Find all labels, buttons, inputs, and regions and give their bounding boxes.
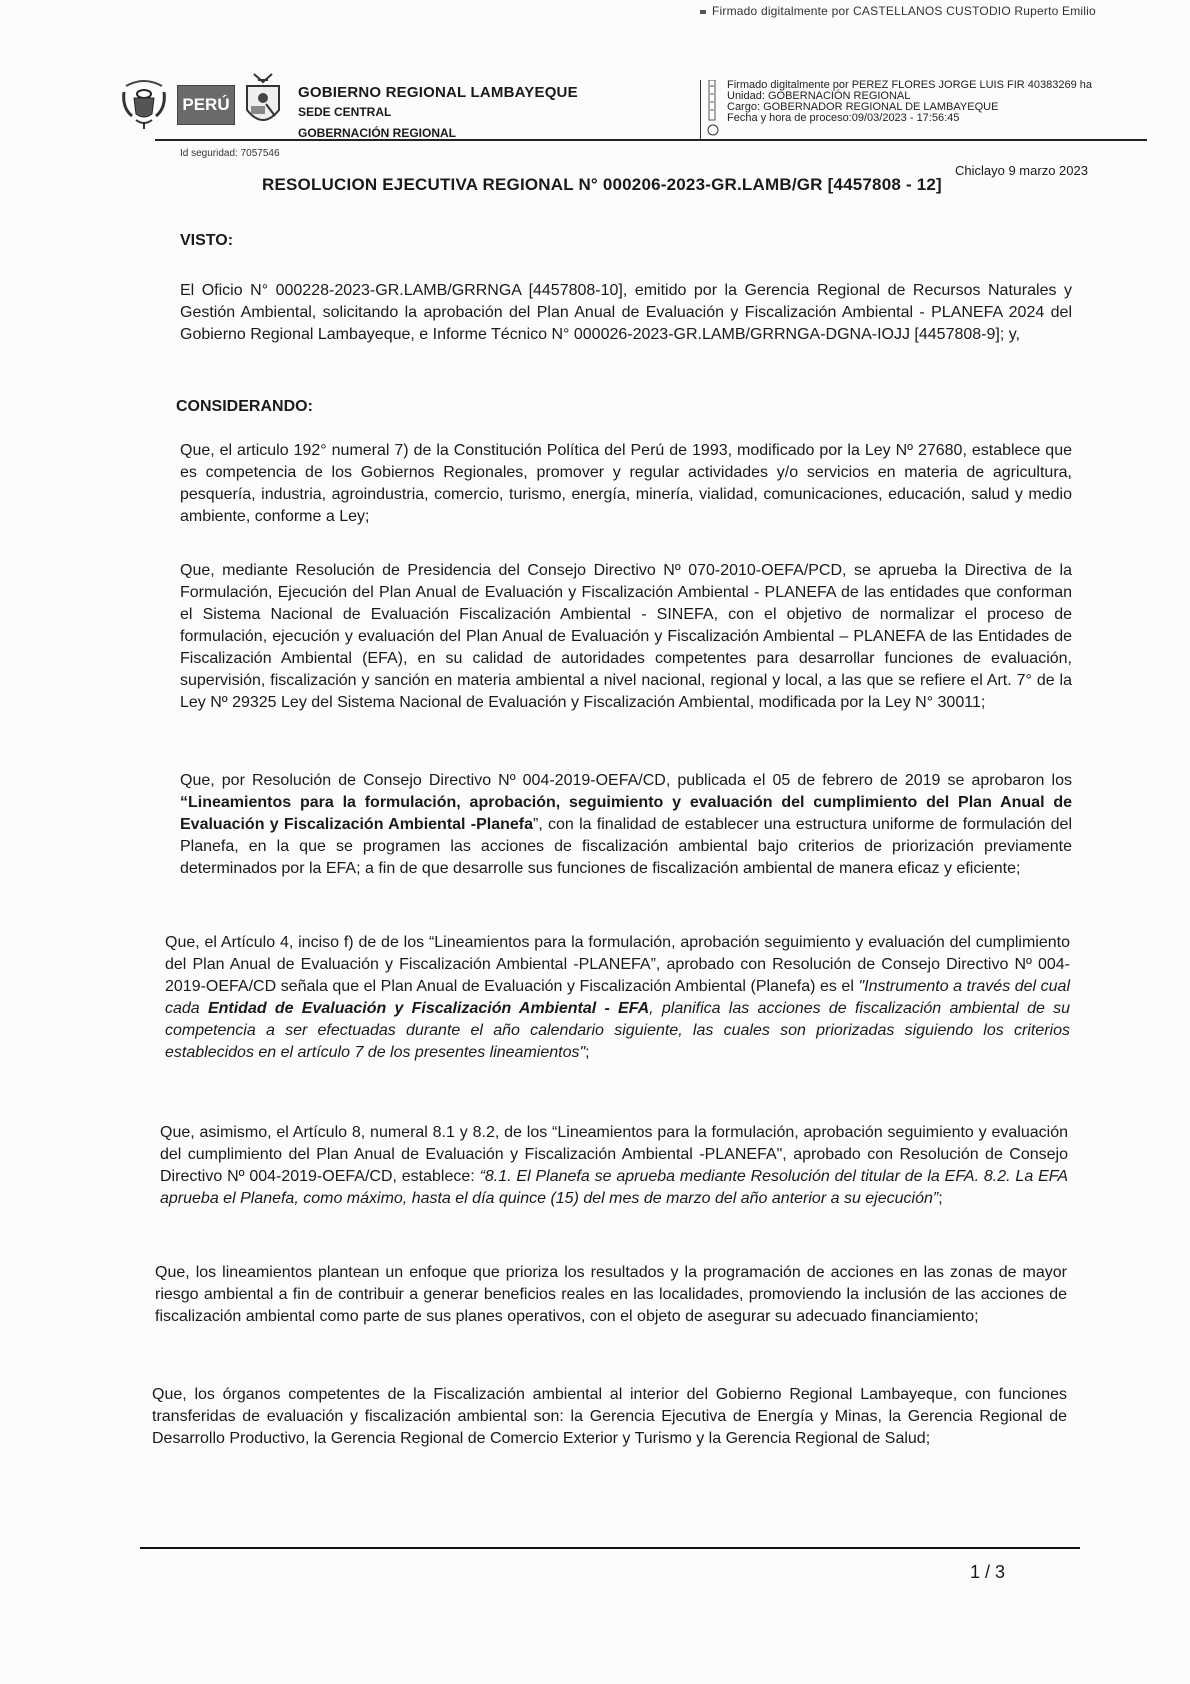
organization-name-block: GOBIERNO REGIONAL LAMBAYEQUE SEDE CENTRA… [298, 84, 578, 140]
signature-datetime: Fecha y hora de proceso:09/03/2023 - 17:… [727, 113, 1092, 124]
resolution-title: RESOLUCION EJECUTIVA REGIONAL N° 000206-… [262, 175, 942, 195]
considerando-paragraph-2: Que, mediante Resolución de Presidencia … [180, 560, 1072, 714]
considerando-heading: CONSIDERANDO: [176, 398, 313, 416]
considerando-paragraph-4: Que, el Artículo 4, inciso f) de de los … [165, 932, 1070, 1064]
visto-heading: VISTO: [180, 232, 233, 250]
org-subtitle: SEDE CENTRAL [298, 105, 578, 119]
security-id: Id seguridad: 7057546 [180, 148, 280, 159]
digital-signature-stamp-icon [707, 80, 719, 138]
top-digital-signature: Firmado digitalmente por CASTELLANOS CUS… [700, 4, 1096, 18]
considerando-paragraph-1: Que, el articulo 192° numeral 7) de la C… [180, 440, 1072, 528]
org-unit: GOBERNACIÓN REGIONAL [298, 126, 578, 140]
considerando-paragraph-7: Que, los órganos competentes de la Fisca… [152, 1384, 1067, 1450]
considerando-paragraph-6: Que, los lineamientos plantean un enfoqu… [155, 1262, 1067, 1328]
considerando-paragraph-3: Que, por Resolución de Consejo Directivo… [180, 770, 1072, 880]
lambayeque-shield-icon [242, 72, 284, 130]
peru-brand-logo: PERÚ [177, 85, 235, 125]
document-date: Chiclayo 9 marzo 2023 [955, 163, 1088, 178]
header-divider [155, 139, 515, 141]
efa-definition: Entidad de Evaluación y Fiscalización Am… [208, 1000, 649, 1017]
considerando-paragraph-5: Que, asimismo, el Artículo 8, numeral 8.… [160, 1122, 1068, 1210]
peru-coat-of-arms-icon [120, 74, 168, 130]
footer-divider [140, 1547, 1080, 1549]
digital-signature-block: Firmado digitalmente por PEREZ FLORES JO… [700, 80, 1092, 140]
signature-mark-icon [700, 10, 706, 14]
org-title: GOBIERNO REGIONAL LAMBAYEQUE [298, 84, 578, 101]
page-number: 1 / 3 [970, 1562, 1005, 1583]
visto-paragraph: El Oficio N° 000228-2023-GR.LAMB/GRRNGA … [180, 280, 1072, 346]
